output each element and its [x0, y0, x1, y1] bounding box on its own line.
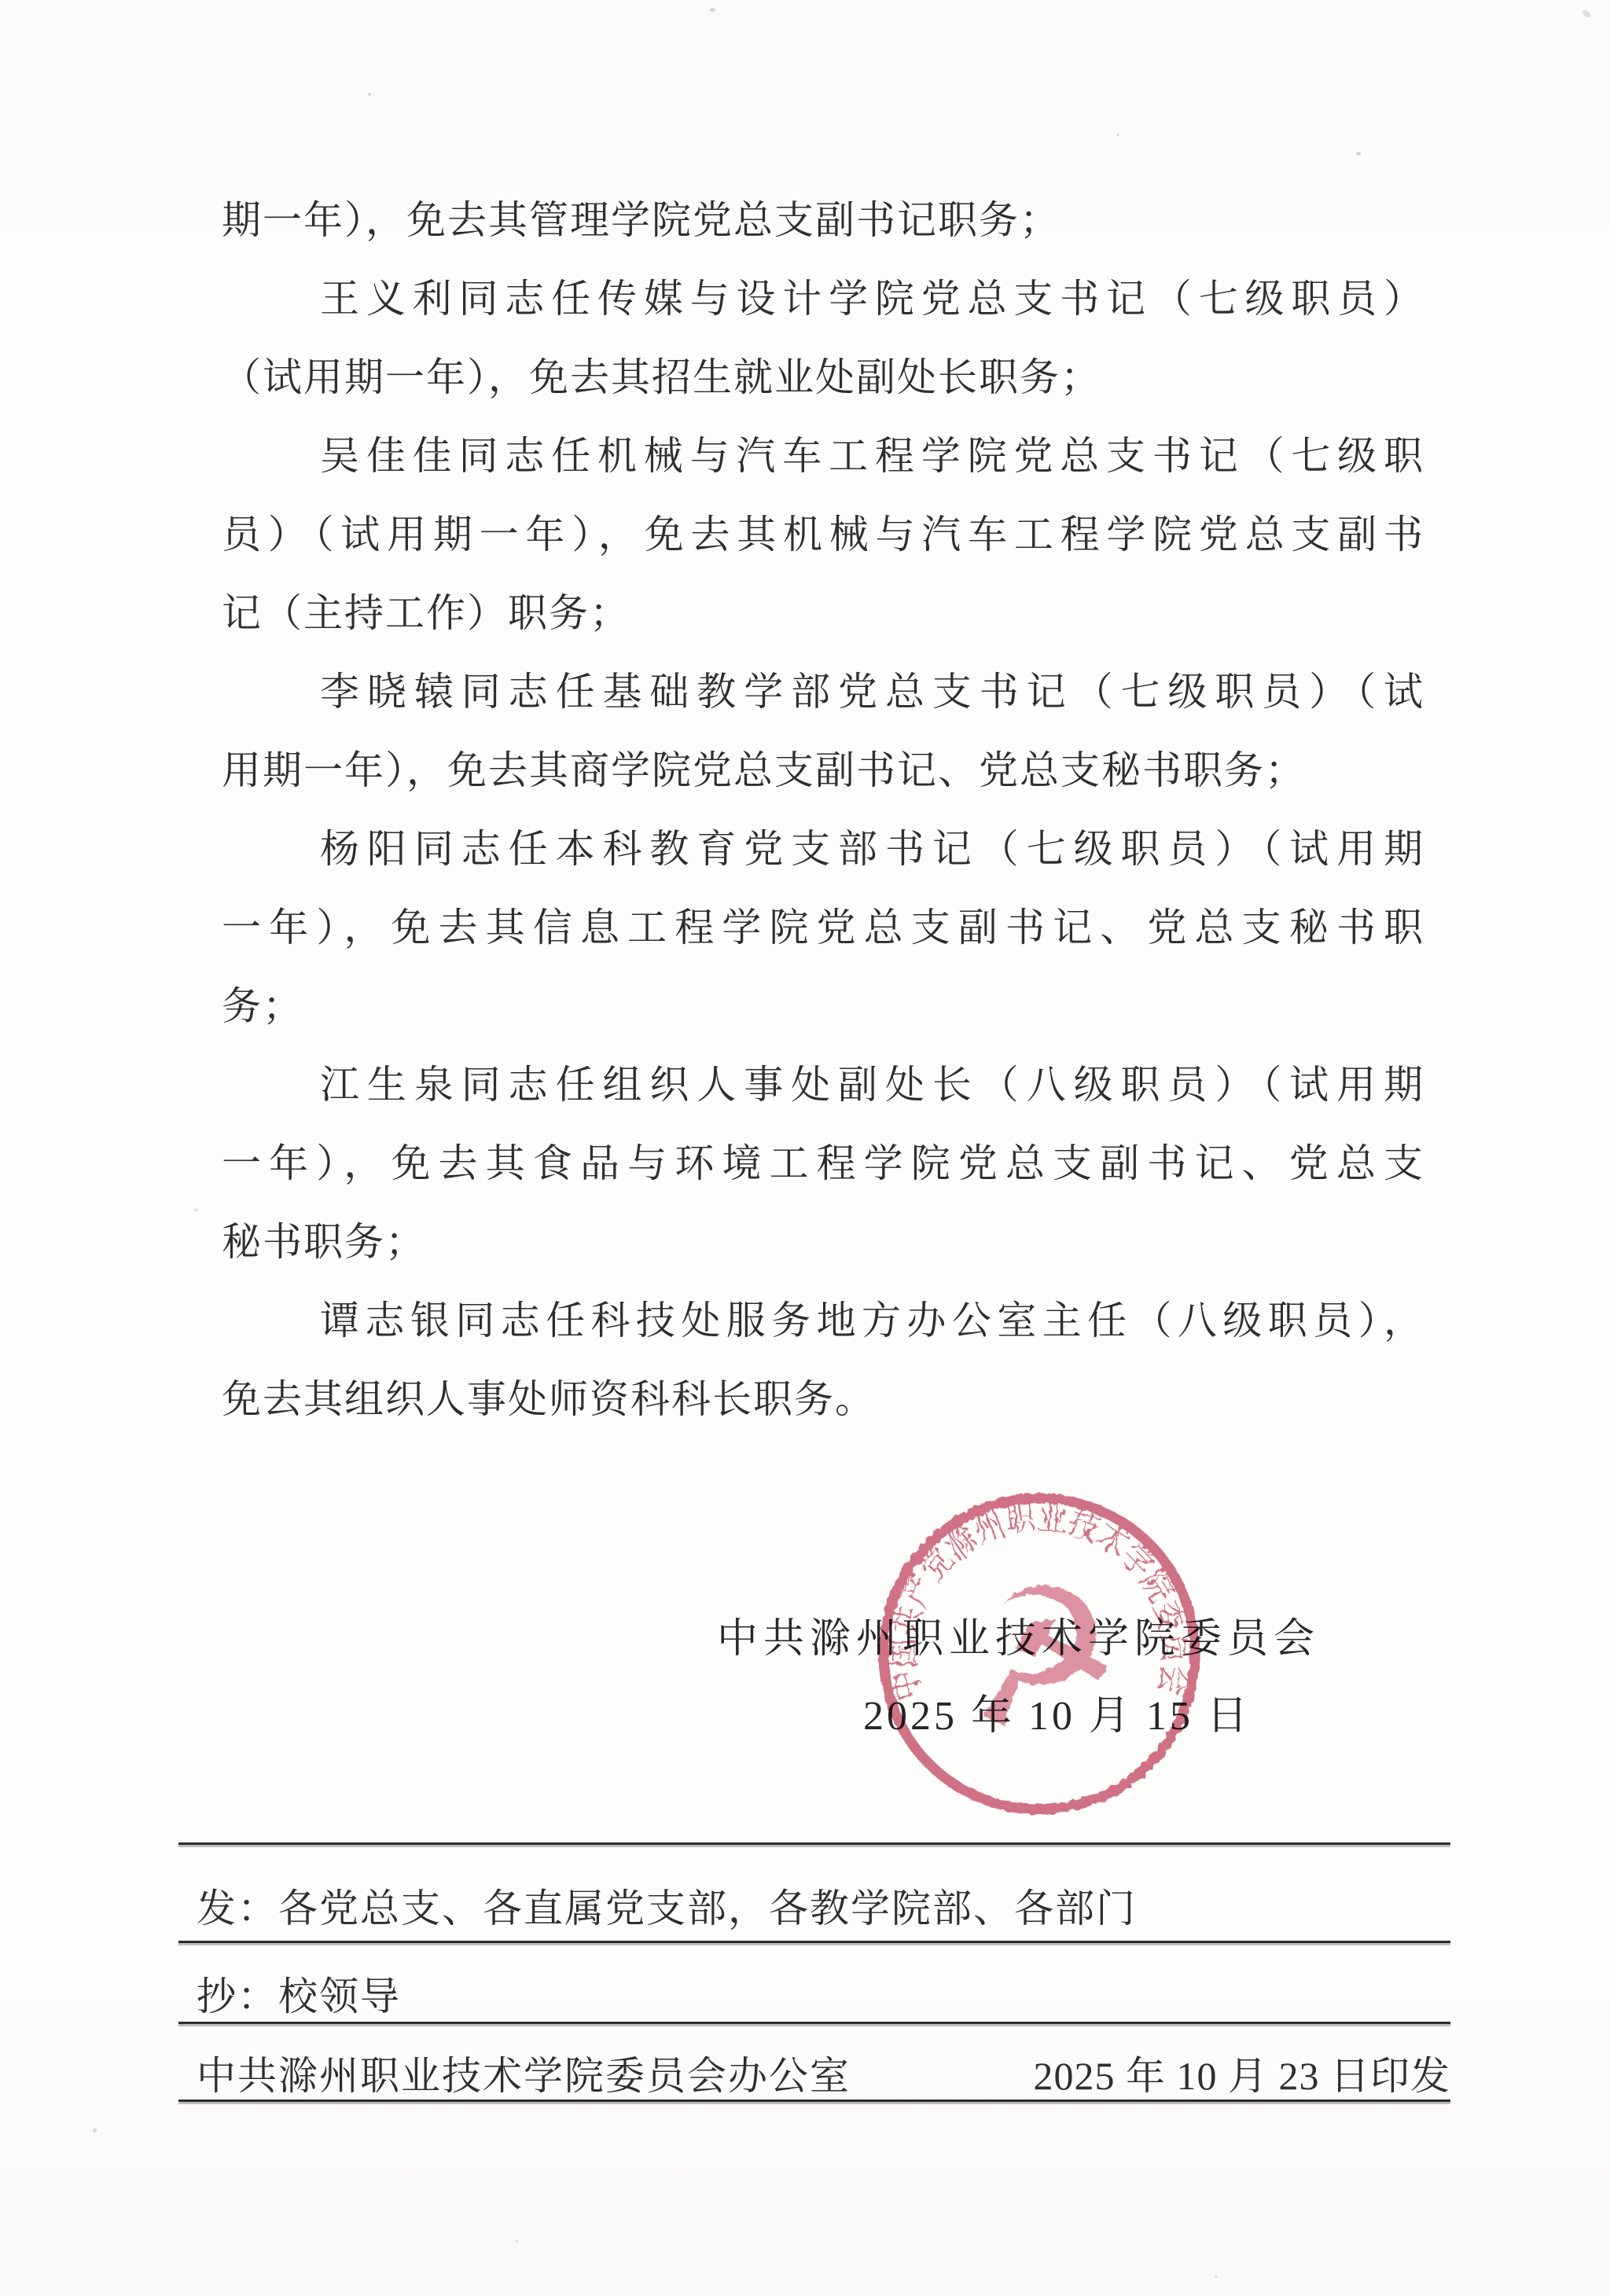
seal-arc-text: 中国共产党滁州职业技术学院委员会	[883, 1497, 1196, 1704]
signature-org: 中共滁州职业技术学院委员会	[717, 1605, 1320, 1664]
body-line: 一年），免去其信息工程学院党总支副书记、党总支秘书职	[222, 888, 1424, 967]
body-line: 谭志银同志任科技处服务地方办公室主任（八级职员），	[222, 1281, 1424, 1360]
body-line: 杨阳同志任本科教育党支部书记（七级职员）（试用期	[222, 810, 1424, 888]
body-line: 记（主持工作）职务；	[222, 574, 1424, 652]
footer-divider	[178, 2022, 1450, 2024]
body-line: 江生泉同志任组织人事处副处长（八级职员）（试用期	[222, 1045, 1424, 1124]
body-line: 王义利同志任传媒与设计学院党总支书记（七级职员）	[222, 259, 1424, 338]
issuing-office: 中共滁州职业技术学院委员会办公室	[197, 2044, 851, 2101]
body-line: 秘书职务；	[222, 1203, 1424, 1281]
scan-speck	[1581, 9, 1592, 19]
body-line: 期一年），免去其管理学院党总支副书记职务；	[222, 181, 1424, 259]
body-line: 吴佳佳同志任机械与汽车工程学院党总支书记（七级职	[222, 417, 1424, 495]
footer-divider	[178, 1941, 1450, 1943]
body-line: 员）（试用期一年），免去其机械与汽车工程学院党总支副书	[222, 495, 1424, 574]
scan-speck	[1215, 2276, 1218, 2278]
document-body: 期一年），免去其管理学院党总支副书记职务；王义利同志任传媒与设计学院党总支书记（…	[222, 181, 1424, 1438]
scan-speck	[1356, 152, 1361, 156]
body-line: 务；	[222, 967, 1424, 1045]
copy-row: 抄：校领导	[197, 1965, 1450, 2022]
body-line: 用期一年），免去其商学院党总支副书记、党总支秘书职务；	[222, 731, 1424, 810]
scan-speck	[194, 1208, 198, 1212]
signature-date: 2025 年 10 月 15 日	[863, 1682, 1251, 1741]
print-date: 2025 年 10 月 23 日印发	[1034, 2044, 1451, 2101]
body-line: （试用期一年），免去其招生就业处副处长职务；	[222, 338, 1424, 417]
body-line: 免去其组织人事处师资科科长职务。	[222, 1360, 1424, 1438]
body-line: 李晓辕同志任基础教学部党总支书记（七级职员）（试	[222, 652, 1424, 731]
issuing-row: 中共滁州职业技术学院委员会办公室 2025 年 10 月 23 日印发	[197, 2044, 1450, 2101]
scan-speck	[368, 93, 371, 96]
distribution-row: 发：各党总支、各直属党支部，各教学院部、各部门	[197, 1877, 1450, 1934]
scan-speck	[93, 2129, 97, 2133]
scan-speck	[1116, 134, 1119, 136]
footer-divider	[178, 1842, 1450, 1845]
scan-speck	[515, 2240, 518, 2243]
document-page: 期一年），免去其管理学院党总支副书记职务；王义利同志任传媒与设计学院党总支书记（…	[0, 0, 1610, 2296]
body-line: 一年），免去其食品与环境工程学院党总支副书记、党总支	[222, 1124, 1424, 1203]
svg-text:中国共产党滁州职业技术学院委员会: 中国共产党滁州职业技术学院委员会	[883, 1497, 1196, 1704]
scan-speck	[710, 8, 715, 12]
